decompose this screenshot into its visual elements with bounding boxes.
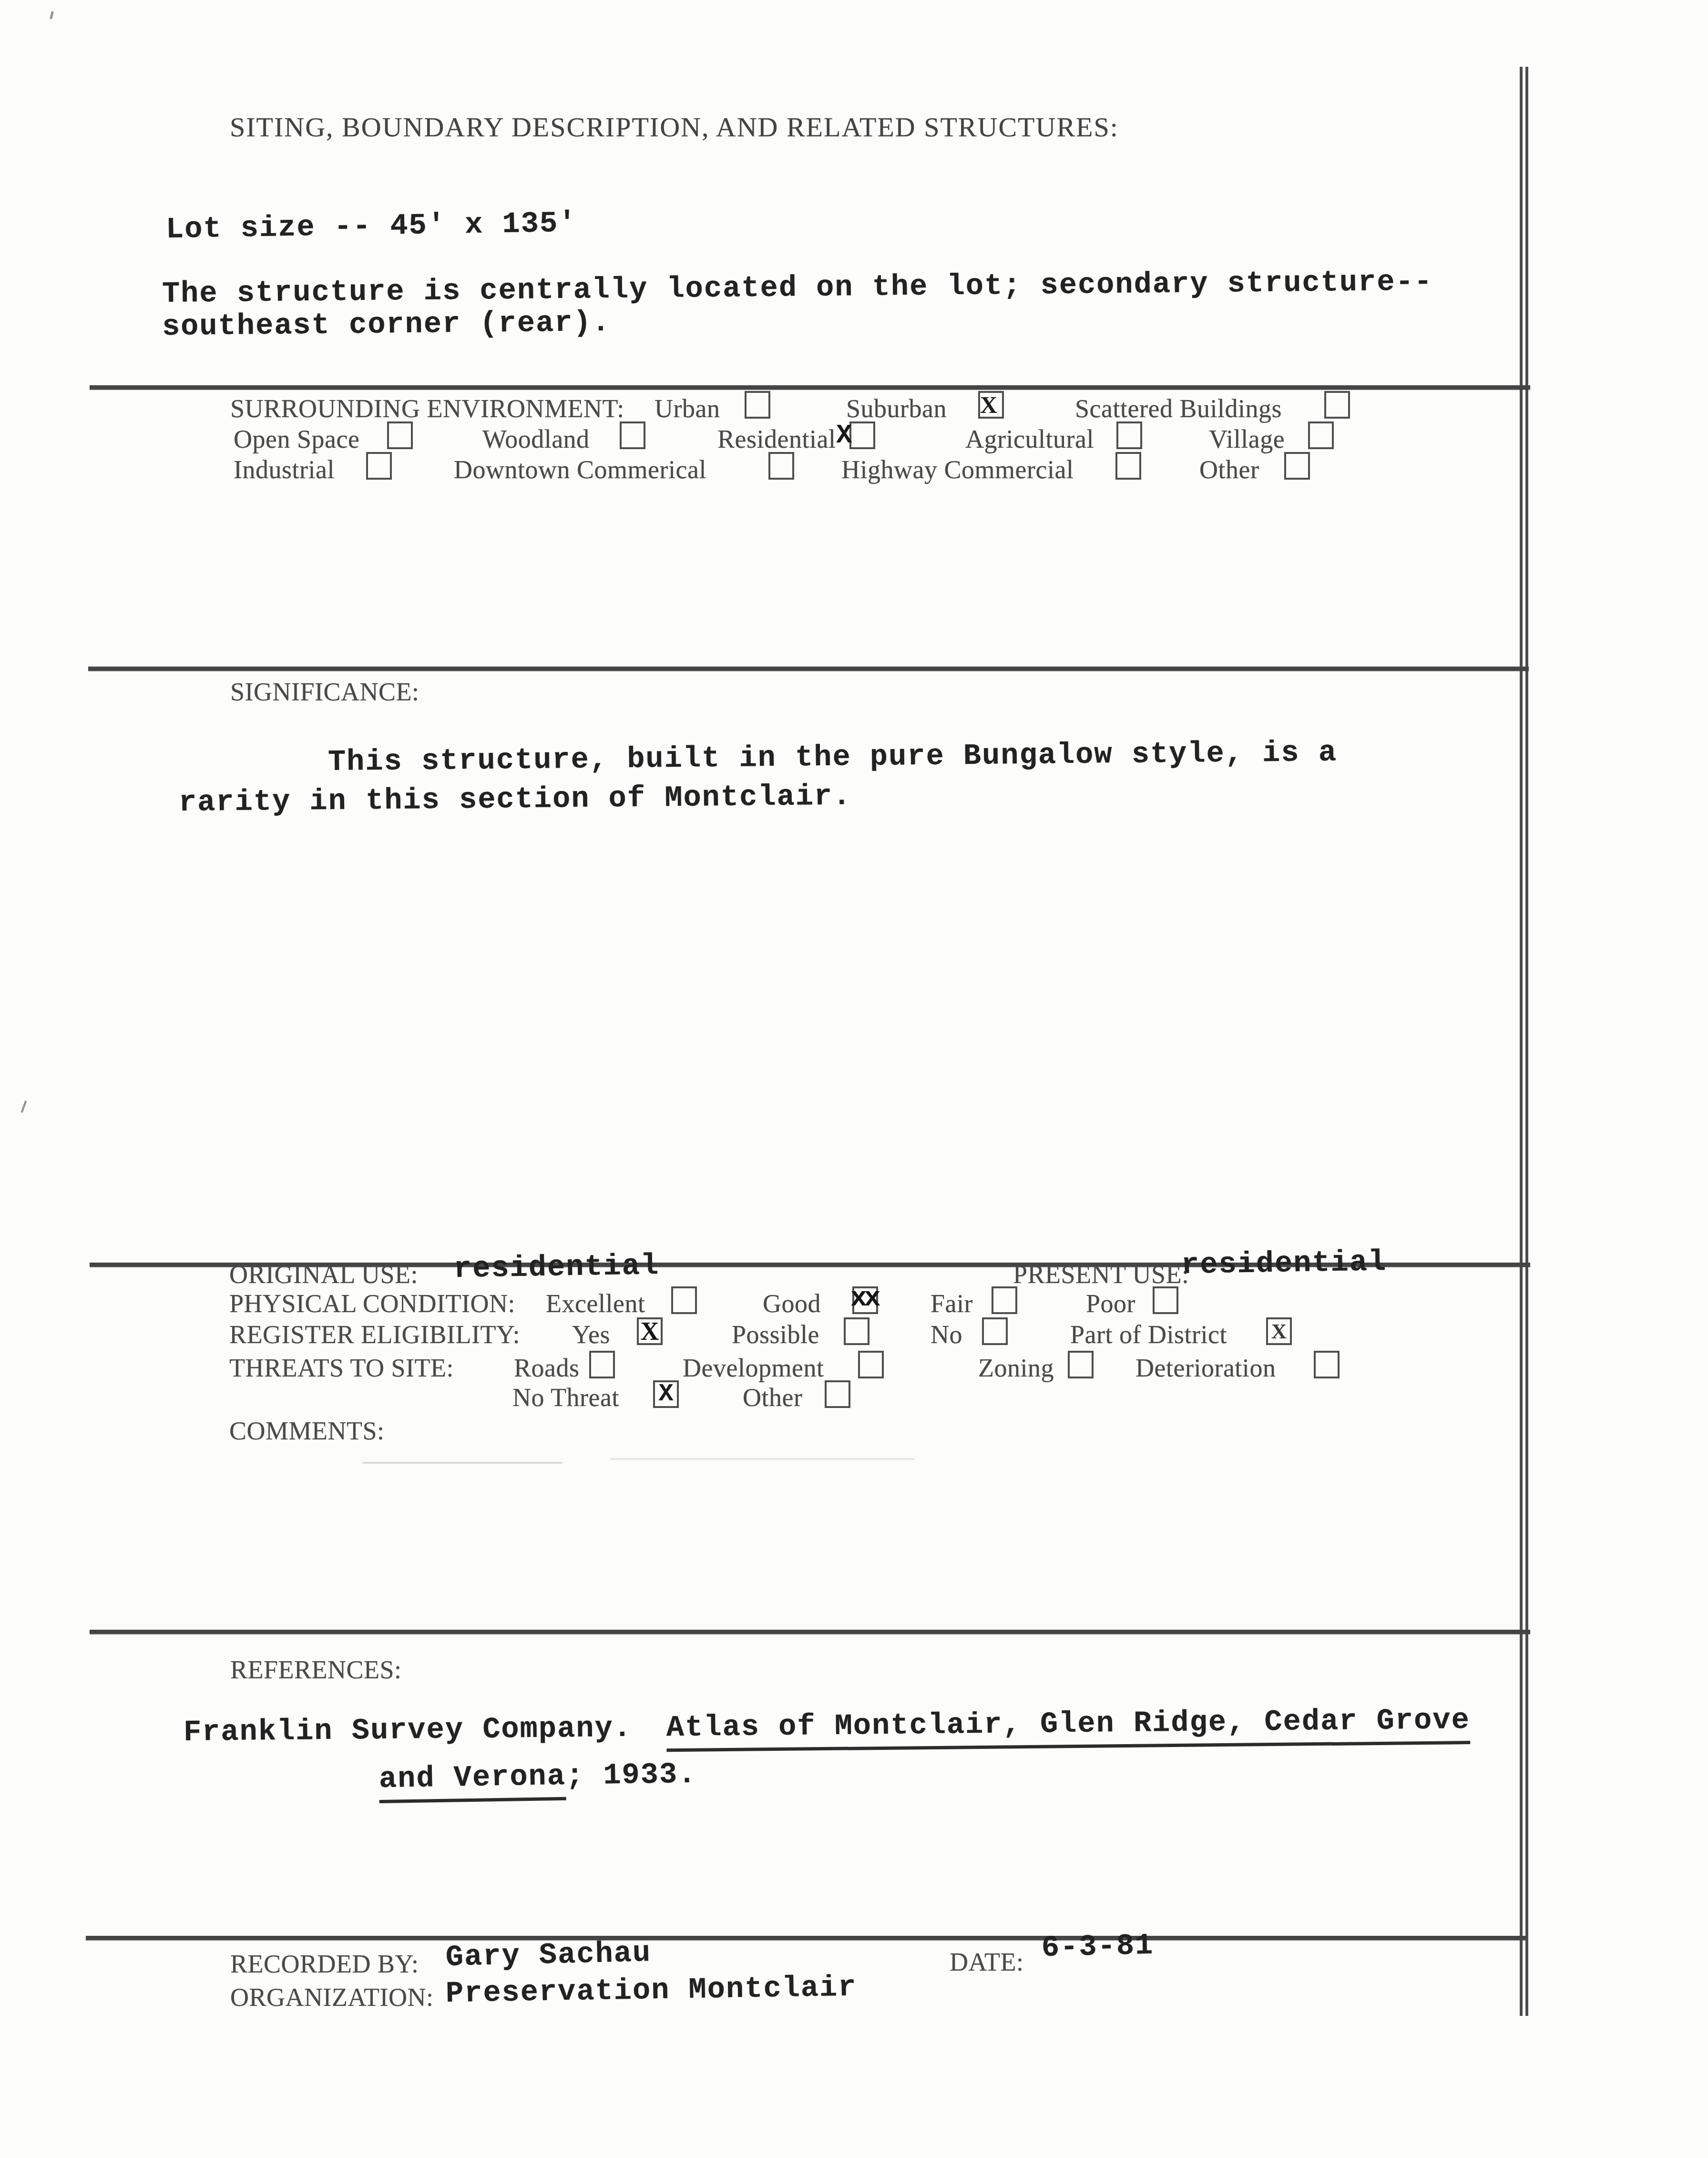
threats-to-site-label: THREATS TO SITE: (229, 1354, 454, 1382)
citation-author: Franklin Survey Company. (184, 1711, 633, 1749)
checkbox-no (982, 1317, 1008, 1345)
date-label: DATE: (950, 1948, 1023, 1976)
checkbox-residential: X (849, 421, 875, 449)
checkbox-industrial (366, 452, 392, 480)
option-label-agricultural: Agricultural (965, 425, 1094, 453)
checkbox-yes: X (637, 1317, 663, 1345)
option-label-village: Village (1209, 425, 1285, 453)
present-use-label: PRESENT USE: (1013, 1261, 1189, 1289)
checkbox-deterioration (1314, 1351, 1340, 1378)
register-eligibility-label: REGISTER ELIGIBILITY: (229, 1321, 520, 1349)
checkbox-no-threat: X (653, 1380, 679, 1408)
checkbox-mark-x: X (836, 423, 858, 447)
checkbox-mark (1070, 1353, 1092, 1377)
option-label-part-of-district: Part of District (1070, 1321, 1227, 1349)
organization-value: Preservation Montclair (445, 1971, 857, 2010)
checkbox-roads (589, 1351, 615, 1378)
option-label-possible: Possible (732, 1321, 819, 1349)
option-label-downtown-commercial: Downtown Commerical (454, 456, 706, 484)
physical-condition-label: PHYSICAL CONDITION: (229, 1290, 515, 1318)
checkbox-good: xx (852, 1286, 878, 1314)
checkbox-zoning (1068, 1351, 1094, 1378)
checkbox-mark (984, 1319, 1006, 1343)
option-label-excellent: Excellent (546, 1290, 645, 1318)
checkbox-poor (1153, 1286, 1178, 1314)
scan-speck (21, 1100, 27, 1113)
checkbox-highway-commercial (1115, 452, 1141, 480)
significance-line1: This structure, built in the pure Bungal… (328, 737, 1338, 779)
checkbox-village (1308, 421, 1334, 449)
checkbox-mark-x: X (639, 1319, 661, 1343)
option-label-other-environment: Other (1199, 456, 1259, 484)
checkbox-mark-x: X (655, 1382, 677, 1406)
checkbox-mark (591, 1353, 613, 1377)
checkbox-urban (745, 391, 770, 419)
option-label-woodland: Woodland (482, 425, 590, 453)
siting-body-line2: southeast corner (rear). (162, 307, 611, 343)
checkbox-mark (860, 1353, 882, 1377)
checkbox-downtown-commercial (768, 452, 794, 480)
checkbox-fair (992, 1286, 1017, 1314)
significance-label: SIGNIFICANCE: (230, 678, 419, 706)
option-label-fair: Fair (931, 1290, 973, 1318)
checkbox-mark (1117, 454, 1139, 478)
option-label-roads: Roads (514, 1354, 580, 1382)
references-label: REFERENCES: (230, 1656, 402, 1684)
checkbox-mark (827, 1382, 849, 1406)
checkbox-suburban: X (978, 391, 1004, 419)
significance-line2: rarity in this section of Montclair. (179, 780, 852, 819)
checkbox-mark (389, 423, 411, 447)
checkbox-mark (1316, 1353, 1338, 1377)
option-label-zoning: Zoning (978, 1354, 1054, 1382)
checkbox-mark (1310, 423, 1332, 447)
citation-title-underlined-2: and Verona (378, 1759, 566, 1803)
checkbox-other-environment (1284, 452, 1310, 480)
checkbox-other-threat (825, 1380, 850, 1408)
checkbox-mark (1118, 423, 1140, 447)
checkbox-mark (368, 454, 390, 478)
option-label-suburban: Suburban (846, 395, 947, 423)
date-value: 6-3-81 (1041, 1930, 1154, 1965)
option-label-urban: Urban (655, 395, 720, 423)
scan-smudge (362, 1462, 563, 1464)
section-divider-4 (90, 1630, 1530, 1634)
option-label-other-threat: Other (743, 1384, 802, 1412)
checkbox-mark (846, 1319, 868, 1343)
organization-label: ORGANIZATION: (230, 1983, 433, 2012)
section-divider-2 (88, 667, 1529, 671)
option-label-development: Development (683, 1354, 824, 1382)
scanned-survey-form-page: SITING, BOUNDARY DESCRIPTION, AND RELATE… (0, 0, 1708, 2158)
checkbox-open-space (387, 421, 413, 449)
recorded-by-value: Gary Sachau (445, 1937, 652, 1974)
option-label-deterioration: Deterioration (1135, 1354, 1276, 1382)
option-label-open-space: Open Space (234, 425, 359, 453)
present-use-value: residential (1181, 1246, 1387, 1282)
checkbox-mark (1155, 1288, 1176, 1312)
checkbox-development (858, 1351, 884, 1378)
checkbox-mark (673, 1288, 695, 1312)
option-label-industrial: Industrial (234, 456, 335, 484)
option-label-no-threat: No Threat (512, 1384, 619, 1412)
scan-speck (50, 11, 54, 20)
option-label-scattered-buildings: Scattered Buildings (1075, 395, 1282, 423)
citation-title-underlined: Atlas of Montclair, Glen Ridge, Cedar Gr… (666, 1703, 1471, 1752)
checkbox-woodland (620, 421, 645, 449)
checkbox-mark-xx: xx (850, 1287, 872, 1311)
citation-year: ; 1933. (565, 1757, 697, 1793)
original-use-value: residential (453, 1250, 659, 1285)
page-edge-line-inner (1525, 67, 1528, 2016)
checkbox-scattered-buildings (1324, 391, 1350, 419)
checkbox-mark-x: X (978, 393, 1000, 417)
page-edge-line-outer (1520, 67, 1523, 2016)
lot-size-typed-text: Lot size -- 45' x 135' (165, 207, 577, 246)
checkbox-excellent (671, 1286, 697, 1314)
option-label-yes: Yes (572, 1321, 610, 1349)
checkbox-mark (993, 1288, 1015, 1312)
section-divider-1 (90, 385, 1530, 390)
checkbox-mark-x: X (1268, 1319, 1290, 1343)
recorded-by-label: RECORDED BY: (230, 1950, 419, 1978)
reference-citation-line2: and Verona; 1933. (378, 1758, 697, 1796)
checkbox-mark (1286, 454, 1308, 478)
checkbox-mark (747, 393, 768, 417)
option-label-good: Good (763, 1290, 821, 1318)
siting-section-title: SITING, BOUNDARY DESCRIPTION, AND RELATE… (230, 112, 1119, 143)
checkbox-mark (1326, 393, 1348, 417)
option-label-no: No (931, 1321, 962, 1349)
environment-label: SURROUNDING ENVIRONMENT: (230, 395, 624, 423)
checkbox-agricultural (1116, 421, 1142, 449)
option-label-highway-commercial: Highway Commercial (841, 456, 1074, 484)
citation-spacer (632, 1736, 666, 1736)
option-label-poor: Poor (1086, 1290, 1135, 1318)
option-label-residential: Residential (717, 425, 836, 453)
reference-citation-line1: Franklin Survey Company.Atlas of Montcla… (184, 1704, 1470, 1749)
checkbox-mark (622, 423, 644, 447)
checkbox-mark (770, 454, 792, 478)
comments-label: COMMENTS: (229, 1417, 385, 1445)
siting-body-line1: The structure is centrally located on th… (162, 266, 1433, 310)
scan-smudge (610, 1458, 915, 1460)
section-divider-5 (86, 1936, 1526, 1940)
checkbox-possible (844, 1317, 869, 1345)
checkbox-part-of-district: X (1266, 1317, 1292, 1345)
original-use-label: ORIGINAL USE: (229, 1261, 418, 1289)
